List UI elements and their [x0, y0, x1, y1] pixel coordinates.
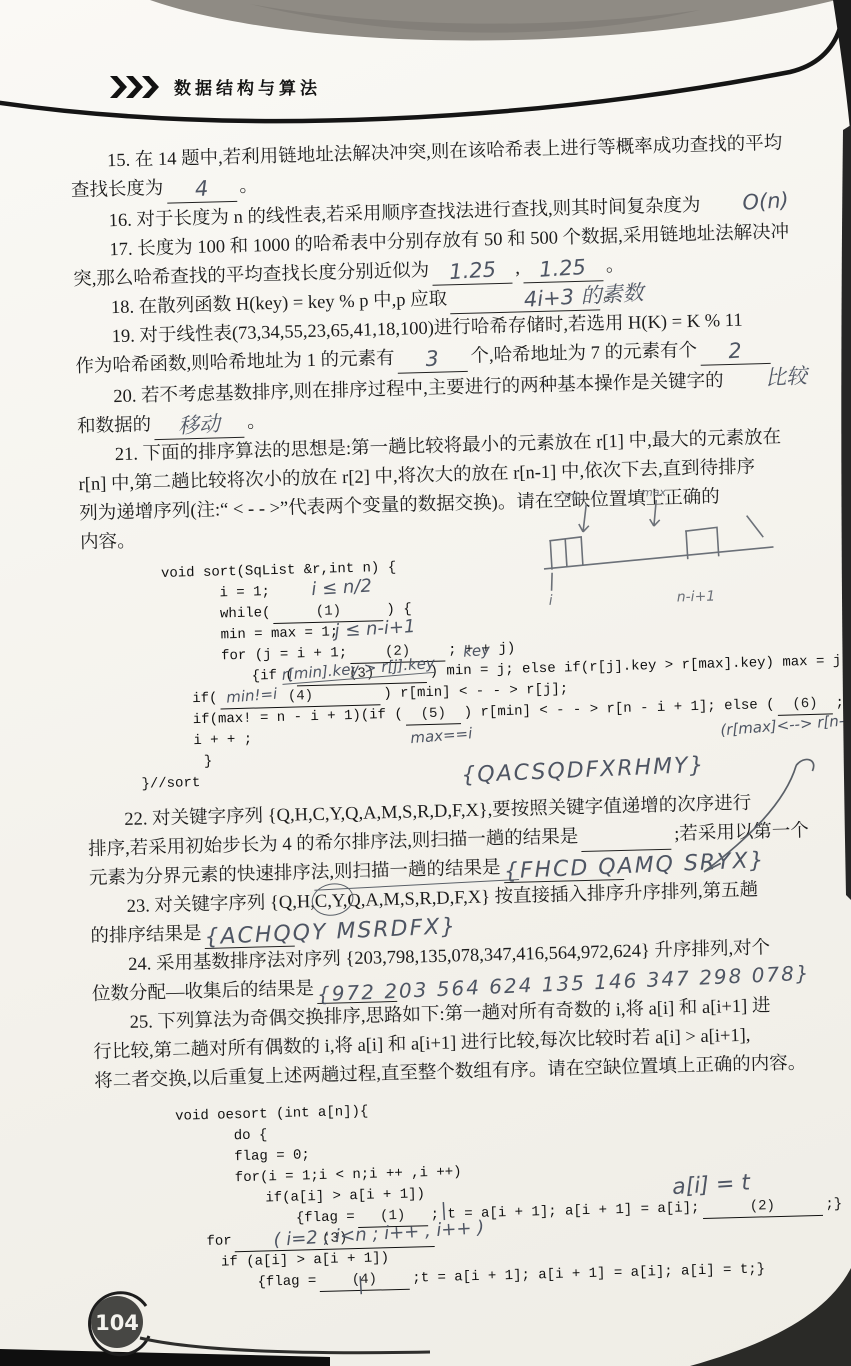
page-header: 数据结构与算法	[110, 74, 321, 99]
q23-blank: {ACHQQY MSRDFX}	[204, 921, 295, 949]
q15-handwritten-answer: 4	[194, 176, 209, 202]
hw-assign-note: a[i] = t	[671, 1170, 750, 1200]
page-number-badge: 104	[90, 1293, 430, 1355]
q15-text: 查找长度为	[71, 179, 164, 201]
diagram-range-label: n-i+1	[677, 588, 716, 605]
code-text: if(	[192, 691, 218, 708]
handwritten-arrow-mark	[646, 757, 829, 892]
q17-handwritten-answer-1: 1.25	[448, 257, 496, 285]
oesort-code-block: void oesort (int a[n]){ do { flag = 0; f…	[175, 1089, 851, 1296]
q20-text-2: 和数据的	[77, 415, 152, 437]
q17-text-mid: ,	[515, 258, 520, 278]
code-text: for	[206, 1233, 232, 1250]
hw-key-scribble: key	[462, 641, 490, 661]
q24-text: 位数分配—收集后的结果是	[92, 979, 314, 1005]
q17-blank-2: 1.25	[523, 255, 604, 283]
code-text: {flag =	[257, 1273, 316, 1291]
q19-handwritten-answer-1: 3	[425, 346, 440, 372]
q18-blank: 4i+3 的素数	[450, 284, 601, 314]
code-text: ) r[min] < - - > r[j];	[383, 681, 568, 702]
badge-circle	[91, 1296, 143, 1348]
diagram-max-label: max	[642, 486, 667, 500]
q20-handwritten-answer-2: 移动	[177, 412, 220, 440]
blank-4-label: (4)	[288, 688, 314, 705]
blank-4-label: (4)	[352, 1272, 378, 1289]
q15-blank: 4	[166, 176, 237, 204]
bottom-left-edge	[0, 1349, 330, 1366]
q16-handwritten-answer: O(n)	[704, 186, 789, 220]
top-page-edge-shadow	[150, 0, 851, 41]
code21-blank-5: (5)	[406, 704, 462, 725]
q17-text: 突,那么哈希查找的平均查找长度分别近似为	[73, 261, 430, 290]
page-content: 15. 在 14 题中,若利用链地址法解决冲突,则在该哈希表上进行等概率成功查找…	[70, 128, 851, 1302]
code-text: if(max! = n - i + 1)(if (	[193, 707, 403, 728]
code-text: {flag =	[296, 1209, 355, 1227]
hw-loop-bound-note: i ≤ n/2	[311, 575, 373, 600]
chevrons-icon	[110, 76, 162, 98]
code25-blank-2: (2)	[702, 1196, 822, 1219]
blank-1-label: (1)	[316, 603, 342, 620]
q22-blank-2: {FHCD QAMQ SRYX}	[503, 854, 624, 883]
q19-handwritten-answer-2: 2	[728, 338, 743, 364]
diagram-min-label: min	[564, 490, 585, 504]
page-number: 104	[95, 1311, 139, 1335]
hw-tick-mark-4: |	[357, 1274, 364, 1295]
badge-swoosh	[140, 1338, 430, 1353]
q20-blank-2: 移动	[154, 412, 245, 440]
q15-text-end: 。	[239, 176, 258, 196]
q23-text: 的排序结果是	[90, 924, 202, 947]
blank-6-label: (6)	[792, 696, 818, 713]
blank-2-label: (2)	[750, 1198, 776, 1215]
code25-blank-4: (4)	[319, 1270, 409, 1292]
q18-text: 18. 在散列函数 H(key) = key % p 中,p 应取	[111, 289, 448, 318]
scanned-textbook-page: { "header": { "title": "数据结构与算法" }, "que…	[0, 0, 851, 1366]
q24-blank: {972 203 564 624 135 146 347 298 078}	[317, 976, 398, 1004]
q19-blank-2: 2	[700, 338, 771, 366]
top-right-corner-shadow	[833, 0, 851, 140]
diagram-i-label: i	[549, 593, 553, 609]
hw-tick-mark-1: |	[440, 1200, 447, 1221]
handwritten-array-diagram: min max i n-i+1	[534, 484, 797, 611]
q17-handwritten-answer-2: 1.25	[539, 255, 587, 283]
q19-text: 作为哈希函数,则哈希地址为 1 的元素有	[75, 349, 395, 377]
chapter-title: 数据结构与算法	[174, 74, 321, 99]
q20-text-end: 。	[247, 412, 266, 432]
q17-text-end: 。	[606, 256, 625, 276]
q20-handwritten-answer-1: 比较	[727, 362, 808, 396]
q19-text-mid: 个,哈希地址为 7 的元素有个	[470, 341, 697, 367]
badge-ring	[90, 1293, 149, 1355]
code-text: ;}	[825, 1196, 842, 1212]
q19-blank-1: 3	[397, 346, 468, 374]
blank-5-label: (5)	[420, 706, 446, 723]
q17-blank-1: 1.25	[432, 258, 513, 286]
code-text: while(	[220, 605, 271, 622]
code-text: ;	[835, 695, 844, 711]
